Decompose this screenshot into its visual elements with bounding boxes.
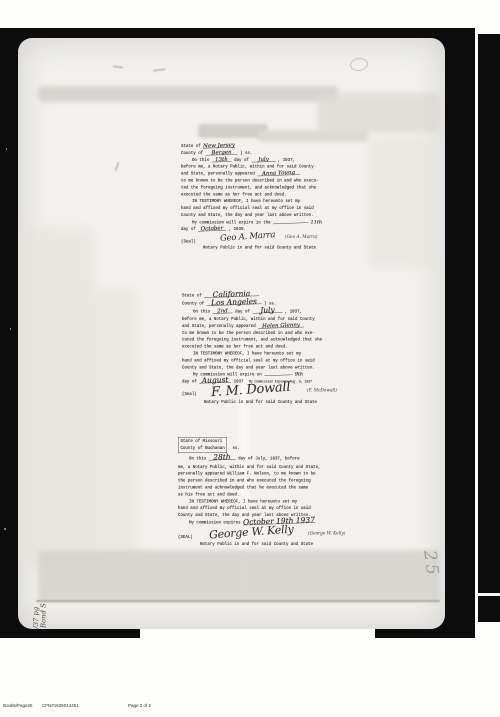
body-line: as his free act and deed. <box>178 491 338 498</box>
county-label: County of <box>182 302 204 307</box>
signature-row: (Seal) Geo A. Marra (Geo A. Marra) <box>181 234 341 248</box>
film-edge-strip <box>478 34 500 622</box>
film-speck <box>10 328 11 330</box>
margin-note-line: Bu Bond S <box>40 592 47 629</box>
day-handwritten: 13th <box>212 156 232 162</box>
on-this-line: On this 28th day of July, 1937, before <box>178 455 338 464</box>
day-handwritten: 28th <box>209 454 236 460</box>
typed-text: , 1939. <box>229 227 246 232</box>
testimony-line: IN TESTIMONY WHEREOF, I have hereunto se… <box>178 498 338 505</box>
testimony-line: hand and affixed my official seal at my … <box>182 357 342 364</box>
page-number-scribble: 25 <box>419 549 442 579</box>
day-handwritten: 2nd <box>213 308 233 314</box>
book-page-reference: Book5/Page26 <box>3 703 33 708</box>
signature-name-paren: (Geo A. Marra) <box>285 235 317 240</box>
pencil-circle-mark <box>349 57 369 72</box>
body-line: to me known to be the person described i… <box>181 177 341 184</box>
typed-text: day of <box>182 380 197 385</box>
county-line: County of Buchanan <box>181 445 225 452</box>
on-this-line: On this 2nd day of July , 1937, <box>182 308 342 316</box>
state-line: State of Missouri <box>181 438 225 445</box>
body-line: instrument and acknowledged that he exec… <box>178 484 338 491</box>
ss-notation: ss. <box>232 446 239 451</box>
state-line: State of New Jersey <box>181 143 341 150</box>
signature-name-paren: (F. McDowall) <box>307 388 337 393</box>
body-line: ted the foregoing instrument, and acknow… <box>181 184 341 191</box>
testimony-line: County and State, the day and year last … <box>181 212 341 219</box>
typed-text: , 1937, <box>285 310 302 315</box>
acknowledgment-block-3: State of Missouri County of Buchanan ss.… <box>178 437 338 548</box>
typed-text: , 1937, <box>278 158 295 163</box>
body-line: and State, personally appeared Helen Gle… <box>182 323 342 330</box>
margin-filing-note-handwritten: 4/9/37 pg Bu Bond S <box>33 592 48 629</box>
commission-day-handwritten: 11th <box>311 219 323 225</box>
document-page: State of New Jersey County of Bergen ) s… <box>18 38 445 629</box>
state-line: State of California <box>182 292 342 300</box>
body-line: the person described in and who executed… <box>178 478 338 485</box>
film-frame: State of New Jersey County of Bergen ) s… <box>0 28 475 638</box>
typed-text: day of July, 1937, before <box>238 456 299 461</box>
smudge <box>318 93 440 133</box>
month-handwritten: July <box>251 156 275 162</box>
month-handwritten: July <box>252 307 282 313</box>
notary-signature: Geo A. Marra <box>220 230 276 244</box>
commission-day-handwritten: 9th <box>295 372 303 378</box>
seal-label: (SEAL) <box>178 534 193 541</box>
typed-text: On this <box>193 310 210 315</box>
film-speck <box>4 528 6 530</box>
bottom-shadow-edge <box>36 600 440 602</box>
typed-text: and State, personally appeared <box>181 172 255 177</box>
typed-text: day of <box>235 310 250 315</box>
state-label: State of <box>181 144 201 149</box>
body-line: me, a Notary Public, within and for said… <box>178 464 338 471</box>
stray-mark <box>153 68 165 72</box>
state-label: State of <box>182 294 202 299</box>
cfn-number: CFN#1635014451 <box>42 703 79 708</box>
scanned-record-image: State of New Jersey County of Bergen ) s… <box>0 0 500 717</box>
stray-mark <box>113 65 123 68</box>
film-frame-bottom-gap <box>140 629 375 638</box>
signature-row: (SEAL) George W. Kelly (George W. Kelly) <box>178 529 338 544</box>
stray-mark <box>115 162 120 171</box>
county-label: County of <box>181 151 203 156</box>
typed-text: On this <box>192 158 209 163</box>
smudge <box>38 86 338 102</box>
on-this-line: On this 13th day of July , 1937, <box>181 157 341 164</box>
seal-label: (Seal) <box>181 239 196 246</box>
venue-box: State of Missouri County of Buchanan <box>178 437 227 453</box>
body-line: executed the same as her free act and de… <box>182 344 342 351</box>
typed-text: On this <box>189 456 206 461</box>
state-value-handwritten: New Jersey <box>203 142 235 148</box>
film-edge-slit <box>478 593 500 596</box>
county-value-handwritten: Bergen <box>206 149 238 155</box>
testimony-line: IN TESTIMONY WHEREOF, I have hereunto se… <box>181 198 341 205</box>
body-line: executed the same as her free act and de… <box>181 191 341 198</box>
smudge <box>78 288 138 568</box>
body-line: personally appeared William F. Nelson, t… <box>178 471 338 478</box>
signature-name-paren: (George W. Kelly) <box>308 531 345 536</box>
acknowledgment-block-1: State of New Jersey County of Bergen ) s… <box>181 143 341 252</box>
acknowledgment-block-2: State of California County of Los Angele… <box>182 292 342 406</box>
body-line: and State, personally appeared Anna Youn… <box>181 171 341 178</box>
appearer-name-handwritten: Anna Young <box>257 170 300 176</box>
typed-text: day of <box>181 227 196 232</box>
smudge <box>258 130 368 142</box>
typed-text: day of <box>234 158 249 163</box>
ss-notation: ) ss. <box>240 151 252 156</box>
typed-text: My commission expires <box>189 520 241 525</box>
appearer-name-handwritten: Helen Glenny <box>258 322 304 329</box>
testimony-line: hand and affixed my official seal at my … <box>178 505 338 512</box>
page-indicator: Page 2 of 2 <box>128 703 151 708</box>
typed-text: and State, personally appeared <box>182 324 256 329</box>
county-value-handwritten: Los Angeles <box>207 299 262 306</box>
body-line: to me known to be the person described i… <box>182 330 342 337</box>
body-line: cuted the foregoing instrument, and ackn… <box>182 337 342 344</box>
bottom-shadow-band <box>38 550 440 602</box>
testimony-line: County and State, the day and year last … <box>182 364 342 371</box>
smudge <box>368 138 440 268</box>
testimony-line: hand and affixed my official seal at my … <box>181 205 341 212</box>
seal-label: (Seal) <box>182 391 197 398</box>
testimony-line: IN TESTIMONY WHEREOF, I have hereunto se… <box>182 350 342 357</box>
expire-month-handwritten: October <box>198 225 226 231</box>
film-speck <box>6 148 7 150</box>
typed-text: My commission will expire in the <box>192 220 271 225</box>
signature-row: (Seal) F. M. Dowall (F. McDowall) <box>182 386 342 402</box>
